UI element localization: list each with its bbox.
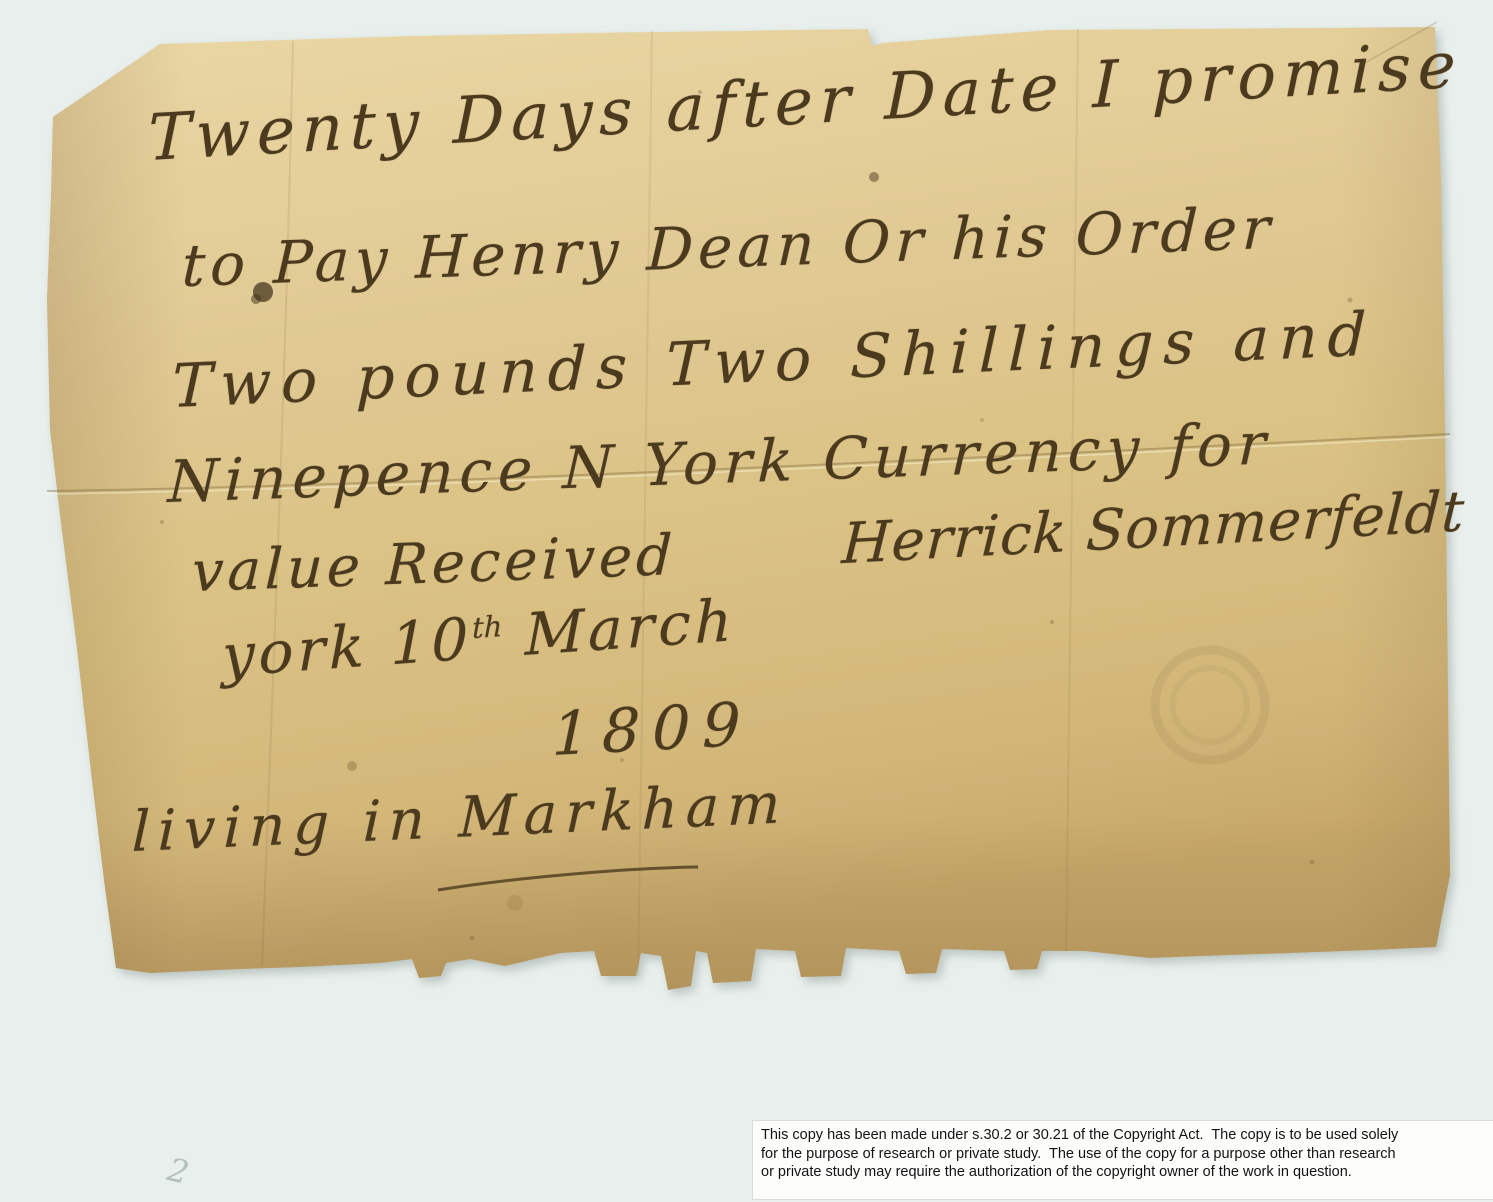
handwritten-year: 1809	[551, 689, 753, 770]
copyright-notice-line-3: or private study may require the authori…	[761, 1163, 1485, 1182]
copyright-notice-box: This copy has been made under s.30.2 or …	[753, 1121, 1493, 1199]
scanner-background: { "document_type": "Handwritten promisso…	[0, 0, 1493, 1202]
copyright-notice-line-2: for the purpose of research or private s…	[761, 1145, 1485, 1164]
copyright-notice-line-1: This copy has been made under s.30.2 or …	[761, 1126, 1485, 1145]
date-superscript: th	[472, 609, 502, 645]
